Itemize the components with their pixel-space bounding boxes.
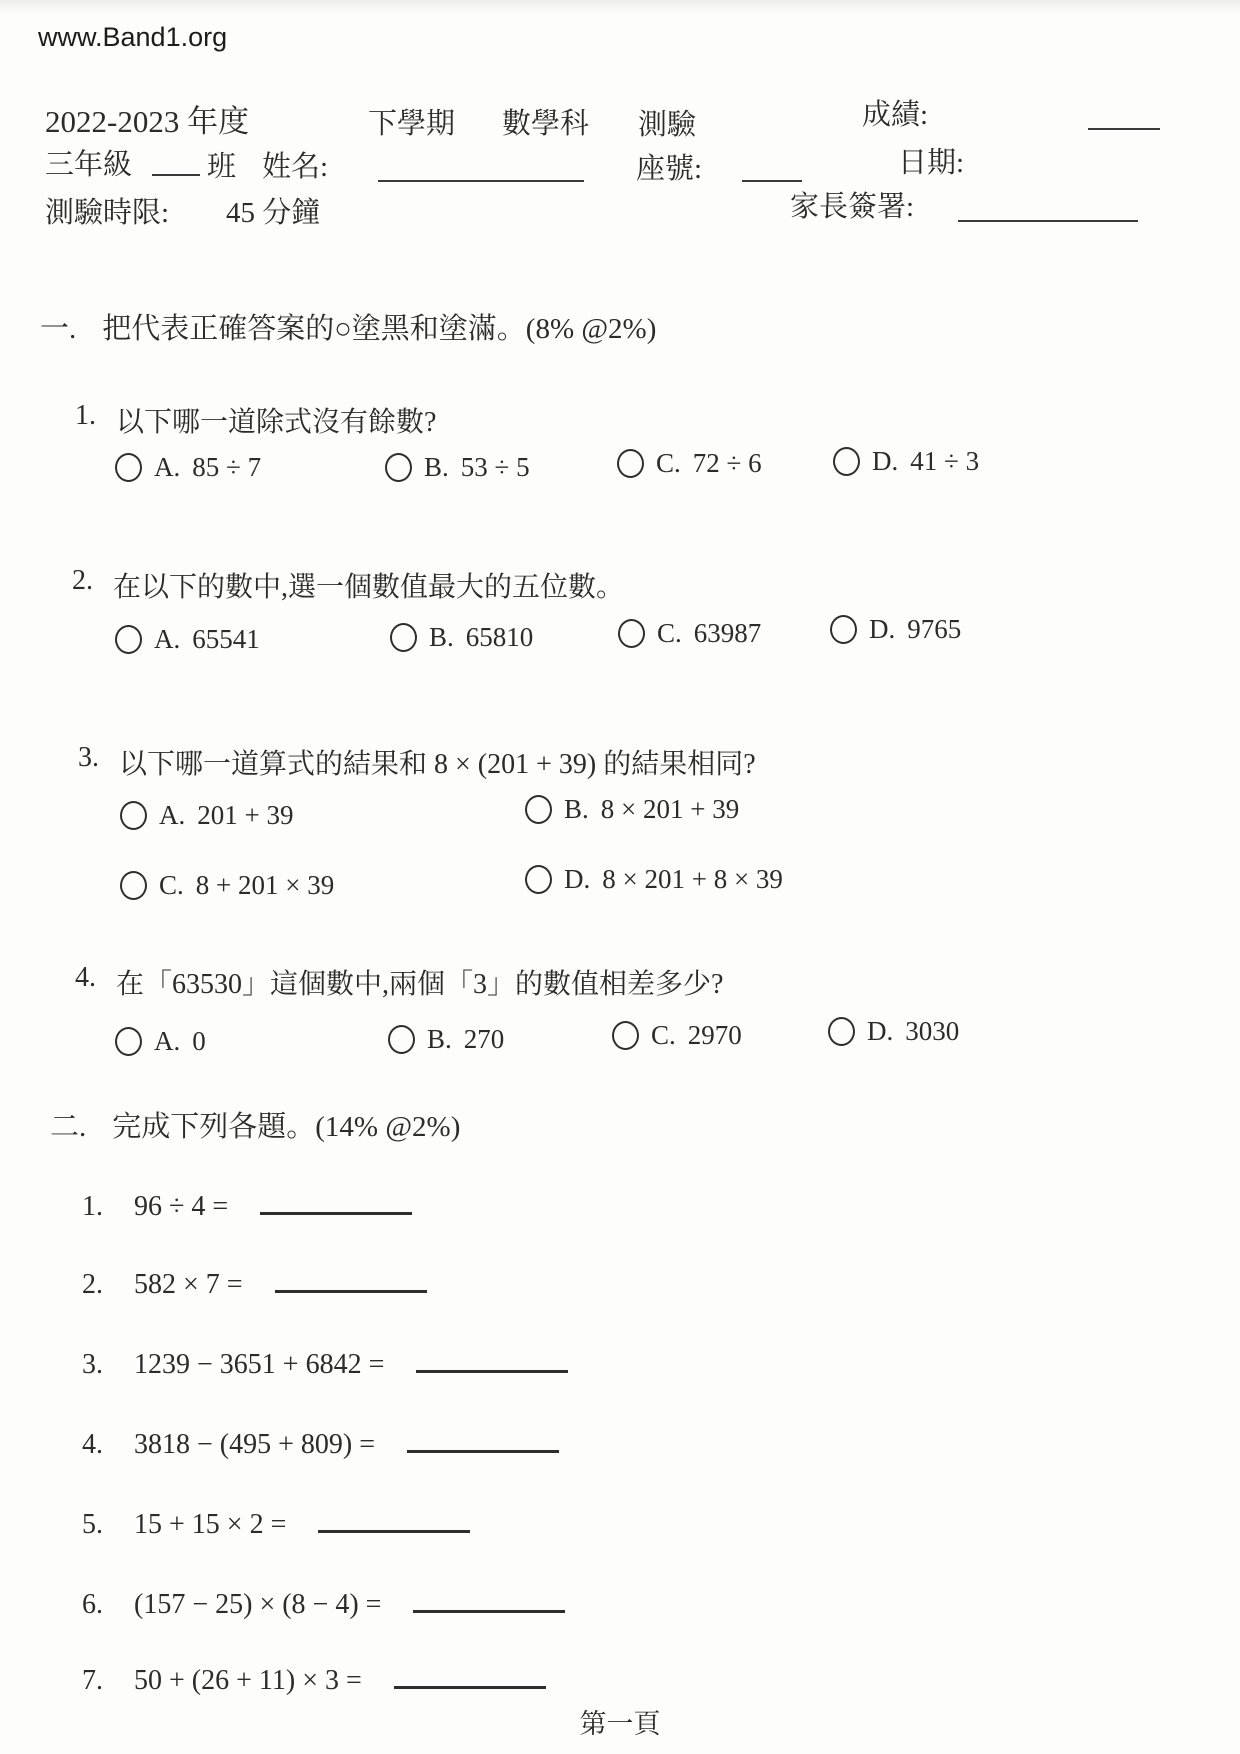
q3-option-b[interactable]: B. 8 × 201 + 39: [525, 794, 739, 825]
answer-blank[interactable]: [318, 1502, 470, 1533]
q4-option-a[interactable]: A. 0: [115, 1026, 206, 1057]
item-expression: 582 × 7 =: [134, 1269, 243, 1301]
q4-option-c[interactable]: C. 2970: [612, 1020, 742, 1051]
option-value: 9765: [907, 614, 961, 645]
answer-bubble-icon[interactable]: [385, 453, 412, 482]
answer-bubble-icon[interactable]: [120, 801, 147, 830]
score-blank[interactable]: [1088, 128, 1160, 130]
item-expression: 50 + (26 + 11) × 3 =: [134, 1665, 362, 1697]
option-letter: A.: [154, 624, 180, 655]
s2-item-4: 4. 3818 − (495 + 809) =: [82, 1422, 559, 1461]
option-letter: D.: [564, 864, 590, 895]
option-letter: C.: [159, 870, 184, 901]
s2-item-2: 2. 582 × 7 =: [82, 1262, 427, 1301]
q2-option-d[interactable]: D. 9765: [830, 614, 961, 645]
q4-option-d[interactable]: D. 3030: [828, 1016, 959, 1047]
answer-bubble-icon[interactable]: [115, 625, 142, 654]
s2-item-5: 5. 15 + 15 × 2 =: [82, 1502, 470, 1541]
answer-bubble-icon[interactable]: [617, 449, 644, 478]
question-3-number: 3.: [78, 742, 99, 782]
option-letter: D.: [867, 1016, 893, 1047]
item-number: 7.: [82, 1665, 116, 1697]
answer-blank[interactable]: [260, 1184, 412, 1215]
option-value: 41 ÷ 3: [910, 446, 979, 477]
grade-label: 三年級: [45, 142, 132, 183]
option-letter: B.: [564, 794, 589, 825]
class-suffix-label: 班: [207, 144, 236, 185]
parent-sign-label: 家長簽署:: [790, 184, 914, 225]
question-1-number: 1.: [75, 400, 96, 440]
item-expression: (157 − 25) × (8 − 4) =: [134, 1589, 381, 1621]
name-blank[interactable]: [378, 180, 584, 182]
watermark-url: www.Band1.org: [38, 22, 227, 53]
answer-blank[interactable]: [394, 1658, 546, 1689]
option-letter: B.: [429, 622, 454, 653]
q1-option-a[interactable]: A. 85 ÷ 7: [115, 452, 261, 483]
date-label: 日期:: [898, 140, 964, 181]
q2-option-b[interactable]: B. 65810: [390, 622, 533, 653]
class-blank[interactable]: [152, 174, 200, 176]
question-1-text: 以下哪一道除式沒有餘數?: [116, 400, 436, 440]
section-two-number: 二.: [50, 1104, 86, 1145]
answer-bubble-icon[interactable]: [525, 865, 552, 894]
seat-label: 座號:: [636, 146, 702, 187]
q1-option-d[interactable]: D. 41 ÷ 3: [833, 446, 979, 477]
answer-bubble-icon[interactable]: [390, 623, 417, 652]
answer-bubble-icon[interactable]: [115, 1027, 142, 1056]
question-4-number: 4.: [75, 962, 96, 1002]
subject-label: 數學科: [502, 101, 589, 142]
question-4-text: 在「63530」這個數中,兩個「3」的數值相差多少?: [116, 962, 723, 1002]
option-value: 8 × 201 + 8 × 39: [602, 864, 783, 895]
page-number: 第一頁: [0, 1702, 1240, 1741]
item-expression: 15 + 15 × 2 =: [134, 1509, 286, 1541]
s2-item-6: 6. (157 − 25) × (8 − 4) =: [82, 1582, 565, 1621]
item-number: 3.: [82, 1349, 116, 1381]
answer-blank[interactable]: [413, 1582, 565, 1613]
exam-type-label: 測驗: [638, 102, 696, 143]
q2-option-a[interactable]: A. 65541: [115, 624, 260, 655]
q3-option-d[interactable]: D. 8 × 201 + 8 × 39: [525, 864, 783, 895]
option-letter: A.: [154, 1026, 180, 1057]
option-value: 3030: [905, 1016, 959, 1047]
question-1: 1. 以下哪一道除式沒有餘數?: [75, 400, 436, 440]
answer-blank[interactable]: [407, 1422, 559, 1453]
section-one-instruction: 把代表正確答案的○塗黑和塗滿。(8% @2%): [102, 306, 656, 347]
item-expression: 3818 − (495 + 809) =: [134, 1429, 375, 1461]
item-expression: 1239 − 3651 + 6842 =: [134, 1349, 384, 1381]
answer-bubble-icon[interactable]: [833, 447, 860, 476]
q4-option-b[interactable]: B. 270: [388, 1024, 504, 1055]
s2-item-3: 3. 1239 − 3651 + 6842 =: [82, 1342, 568, 1381]
item-number: 5.: [82, 1509, 116, 1541]
answer-bubble-icon[interactable]: [120, 871, 147, 900]
option-letter: C.: [657, 618, 682, 649]
option-letter: A.: [159, 800, 185, 831]
s2-item-7: 7. 50 + (26 + 11) × 3 =: [82, 1658, 546, 1697]
question-4: 4. 在「63530」這個數中,兩個「3」的數值相差多少?: [75, 962, 723, 1002]
name-label: 姓名:: [262, 144, 328, 185]
item-number: 4.: [82, 1429, 116, 1461]
question-2-text: 在以下的數中,選一個數值最大的五位數。: [113, 565, 624, 605]
option-letter: B.: [424, 452, 449, 483]
time-limit-label: 測驗時限:: [45, 190, 169, 231]
q1-option-b[interactable]: B. 53 ÷ 5: [385, 452, 530, 483]
option-value: 8 + 201 × 39: [196, 870, 334, 901]
score-label: 成績:: [862, 92, 928, 133]
answer-bubble-icon[interactable]: [828, 1017, 855, 1046]
option-value: 8 × 201 + 39: [601, 794, 739, 825]
answer-bubble-icon[interactable]: [388, 1025, 415, 1054]
parent-sign-blank[interactable]: [958, 220, 1138, 222]
item-expression: 96 ÷ 4 =: [134, 1191, 228, 1223]
test-paper-page: www.Band1.org 2022-2023 年度 下學期 數學科 測驗 成績…: [0, 0, 1240, 1754]
q2-option-c[interactable]: C. 63987: [618, 618, 761, 649]
option-value: 65541: [192, 624, 260, 655]
question-3-text: 以下哪一道算式的結果和 8 × (201 + 39) 的結果相同?: [119, 742, 756, 782]
q1-option-c[interactable]: C. 72 ÷ 6: [617, 448, 762, 479]
answer-bubble-icon[interactable]: [830, 615, 857, 644]
option-letter: D.: [872, 446, 898, 477]
question-3: 3. 以下哪一道算式的結果和 8 × (201 + 39) 的結果相同?: [78, 742, 756, 782]
answer-blank[interactable]: [416, 1342, 568, 1373]
question-2: 2. 在以下的數中,選一個數值最大的五位數。: [72, 565, 624, 605]
option-value: 2970: [688, 1020, 742, 1051]
q3-option-a[interactable]: A. 201 + 39: [120, 800, 293, 831]
answer-bubble-icon[interactable]: [612, 1021, 639, 1050]
section-one-title: 一. 把代表正確答案的○塗黑和塗滿。(8% @2%): [40, 306, 656, 347]
option-value: 53 ÷ 5: [461, 452, 530, 483]
answer-bubble-icon[interactable]: [115, 453, 142, 482]
option-value: 63987: [694, 618, 762, 649]
option-letter: B.: [427, 1024, 452, 1055]
seat-blank[interactable]: [742, 180, 802, 182]
time-limit-value: 45 分鐘: [226, 190, 320, 231]
q3-option-c[interactable]: C. 8 + 201 × 39: [120, 870, 334, 901]
answer-blank[interactable]: [275, 1262, 427, 1293]
option-value: 201 + 39: [197, 800, 293, 831]
option-value: 0: [192, 1026, 206, 1057]
section-two-title: 二. 完成下列各題。(14% @2%): [50, 1104, 460, 1145]
option-value: 270: [464, 1024, 505, 1055]
option-letter: C.: [651, 1020, 676, 1051]
item-number: 2.: [82, 1269, 116, 1301]
answer-bubble-icon[interactable]: [525, 795, 552, 824]
section-one-number: 一.: [40, 306, 76, 347]
option-value: 85 ÷ 7: [192, 452, 261, 483]
option-letter: A.: [154, 452, 180, 483]
option-letter: C.: [656, 448, 681, 479]
question-2-number: 2.: [72, 565, 93, 605]
school-year: 2022-2023 年度: [45, 96, 249, 141]
section-two-instruction: 完成下列各題。(14% @2%): [112, 1104, 460, 1145]
answer-bubble-icon[interactable]: [618, 619, 645, 648]
term-label: 下學期: [368, 101, 455, 142]
s2-item-1: 1. 96 ÷ 4 =: [82, 1184, 412, 1223]
option-letter: D.: [869, 614, 895, 645]
item-number: 1.: [82, 1191, 116, 1223]
option-value: 65810: [466, 622, 534, 653]
item-number: 6.: [82, 1589, 116, 1621]
option-value: 72 ÷ 6: [693, 448, 762, 479]
